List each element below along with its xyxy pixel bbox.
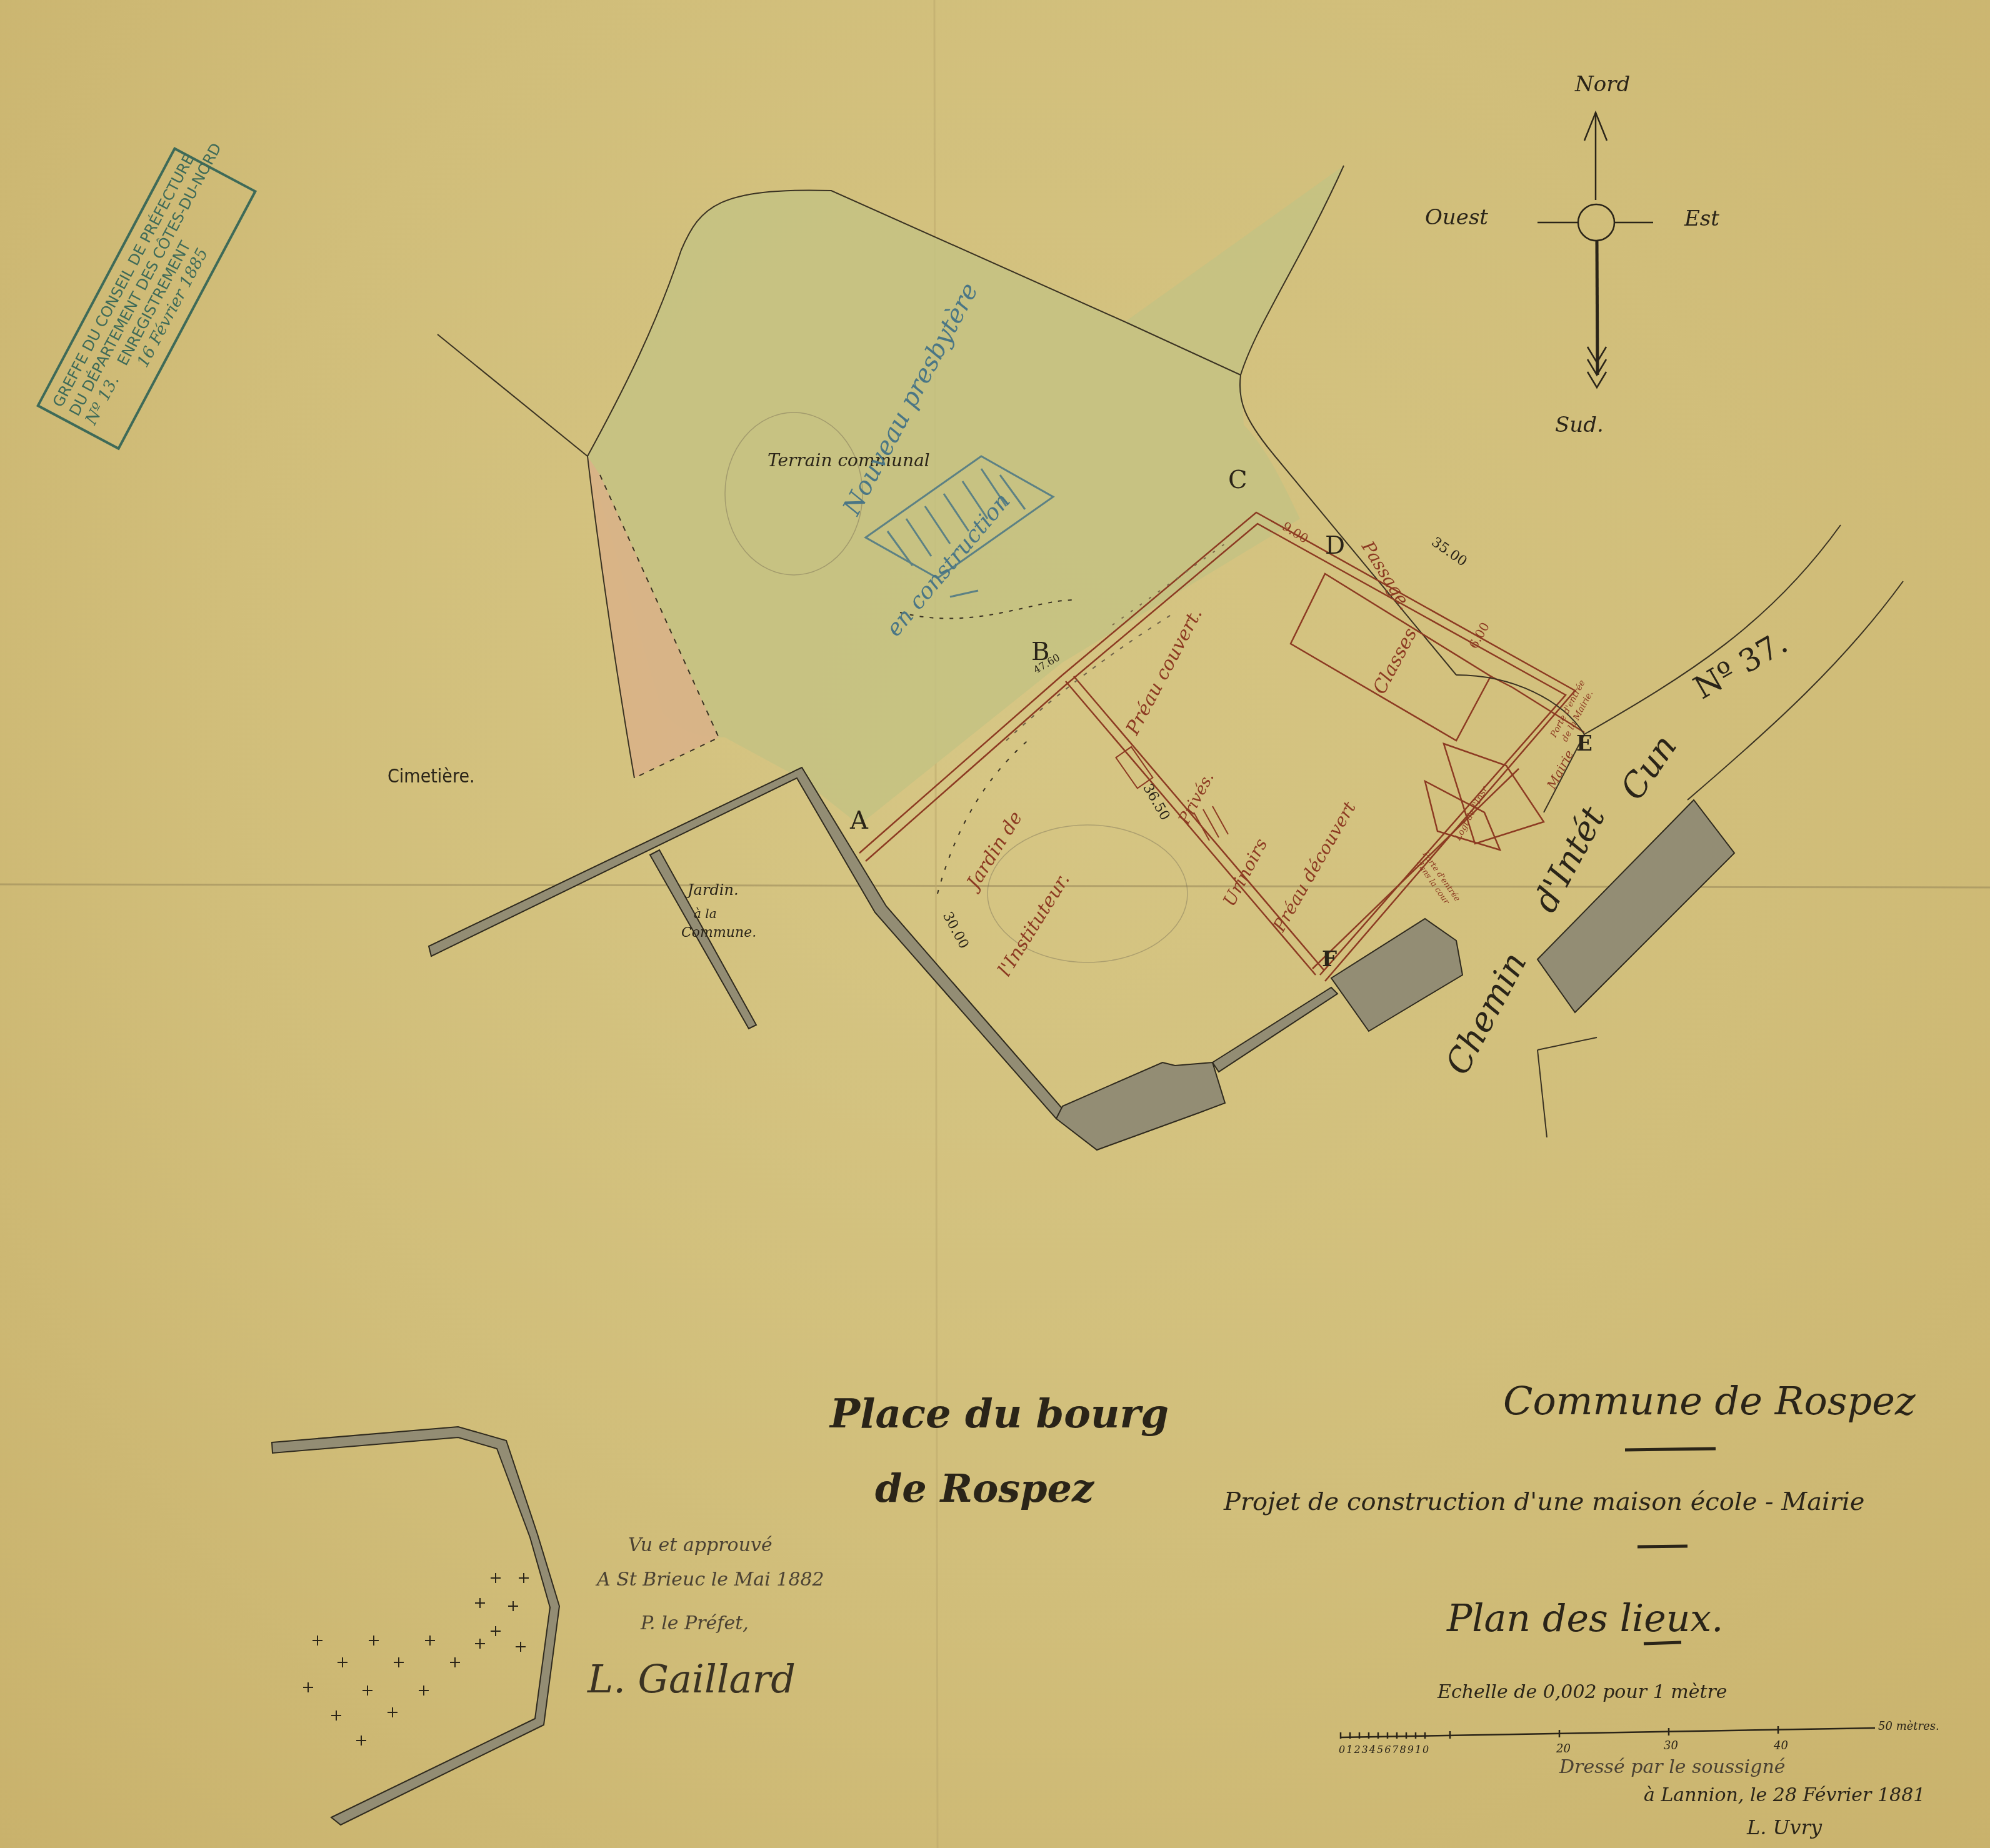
projet-title: Projet de construction d'une maison écol… [1224, 1487, 1864, 1516]
terrain-communal-area [437, 166, 1344, 825]
jardin-commune-label-2: à la [694, 906, 717, 921]
commune-title: Commune de Rospez [1503, 1378, 1916, 1424]
author-signature: L. Uvry [1747, 1816, 1822, 1839]
point-e: E [1576, 731, 1592, 756]
compass-west-label: Ouest [1425, 205, 1488, 230]
scale-bar [1341, 1726, 1875, 1739]
point-a: A [850, 806, 868, 835]
scale-tick-20: 20 [1556, 1742, 1571, 1756]
jardin-commune-label-3: Commune. [681, 925, 756, 941]
point-d: D [1325, 531, 1345, 560]
scale-small-ticks: 012345678910 [1339, 1744, 1430, 1756]
place-title-2: de Rospez [875, 1466, 1094, 1511]
plan-title: Plan des lieux. [1447, 1597, 1723, 1641]
approval-signature: L. Gaillard [587, 1656, 796, 1702]
place-title-1: Place du bourg [830, 1391, 1169, 1437]
point-c: C [1228, 466, 1247, 494]
compass-rose [1537, 112, 1653, 387]
cimetiere-outline [272, 1427, 559, 1825]
compass-east-label: Est [1684, 206, 1719, 231]
approval-line-3: P. le Préfet, [641, 1612, 749, 1634]
map-drawing [0, 0, 1990, 1848]
approval-line-1: Vu et approuvé [628, 1534, 772, 1556]
scale-tick-30: 30 [1664, 1739, 1678, 1752]
author-line-2: à Lannion, le 28 Février 1881 [1644, 1784, 1925, 1806]
grave-crosses [303, 1573, 529, 1746]
scale-end-label: 50 mètres. [1878, 1720, 1939, 1733]
echelle-label: Echelle de 0,002 pour 1 mètre [1437, 1681, 1727, 1703]
approval-line-2: A St Brieuc le Mai 1882 [597, 1569, 824, 1591]
scale-tick-40: 40 [1774, 1739, 1788, 1752]
cimetiere-label: Cimetière. [387, 766, 475, 787]
compass-north-label: Nord [1575, 72, 1630, 97]
compass-south-label: Sud. [1555, 412, 1604, 437]
author-line-1: Dressé par le soussigné [1559, 1756, 1786, 1778]
jardin-commune-label-1: Jardin. [687, 881, 739, 899]
terrain-communal-label: Terrain communal [767, 450, 930, 471]
point-f: F [1322, 947, 1337, 972]
